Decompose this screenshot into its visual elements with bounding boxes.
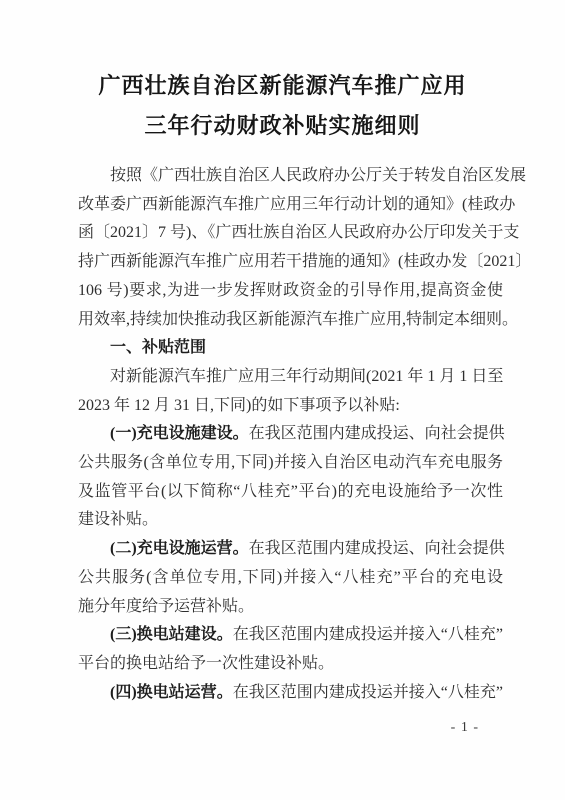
text-line: 公共服务(含单位专用,下同)并接入“八桂充”平台的充电设 [78, 564, 503, 593]
text-line: (三)换电站建设。在我区范围内建成投运并接入“八桂充” [78, 621, 503, 650]
item-text: 在我区范围内建成投运并接入“八桂充” [233, 684, 503, 701]
item-text: 在我区范围内建成投运、向社会提供 [249, 425, 505, 442]
item-lead: (一)充电设施建设。 [110, 425, 249, 442]
item-charging-operation: (二)充电设施运营。在我区范围内建成投运、向社会提供 公共服务(含单位专用,下同… [78, 535, 503, 621]
item-lead: (二)充电设施运营。 [110, 540, 249, 557]
text-line: 2023 年 12 月 31 日,下同)的如下事项予以补贴: [78, 392, 503, 421]
page-number: - 1 - [451, 720, 479, 736]
item-lead: (四)换电站运营。 [110, 684, 233, 701]
item-text: 在我区范围内建成投运并接入“八桂充” [233, 626, 503, 643]
paragraph-scope: 对新能源汽车推广应用三年行动期间(2021 年 1 月 1 日至 2023 年 … [78, 363, 503, 420]
text-line: 施分年度给予运营补贴。 [78, 593, 503, 622]
text-line: 按照《广西壮族自治区人民政府办公厅关于转发自治区发展 [78, 162, 503, 191]
document-title-line-2: 三年行动财政补贴实施细则 [0, 106, 565, 146]
document-page: 广西壮族自治区新能源汽车推广应用 三年行动财政补贴实施细则 按照《广西壮族自治区… [0, 0, 565, 800]
text-line: (二)充电设施运营。在我区范围内建成投运、向社会提供 [78, 535, 503, 564]
item-swap-station-operation: (四)换电站运营。在我区范围内建成投运并接入“八桂充” [78, 679, 503, 708]
text-line: 建设补贴。 [78, 506, 503, 535]
text-line: 平台的换电站给予一次性建设补贴。 [78, 650, 503, 679]
text-line: 及监管平台(以下简称“八桂充”平台)的充电设施给予一次性 [78, 478, 503, 507]
text-line: 对新能源汽车推广应用三年行动期间(2021 年 1 月 1 日至 [78, 363, 503, 392]
text-line: (一)充电设施建设。在我区范围内建成投运、向社会提供 [78, 420, 503, 449]
section-heading-subsidy-scope: 一、补贴范围 [78, 334, 503, 363]
document-title: 广西壮族自治区新能源汽车推广应用 三年行动财政补贴实施细则 [0, 0, 565, 146]
item-text: 在我区范围内建成投运、向社会提供 [249, 540, 505, 557]
text-line: 公共服务(含单位专用,下同)并接入自治区电动汽车充电服务 [78, 449, 503, 478]
item-lead: (三)换电站建设。 [110, 626, 233, 643]
document-body: 按照《广西壮族自治区人民政府办公厅关于转发自治区发展 改革委广西新能源汽车推广应… [78, 162, 503, 707]
text-line: 改革委广西新能源汽车推广应用三年行动计划的通知》(桂政办 [78, 191, 503, 220]
text-line: 106 号)要求,为进一步发挥财政资金的引导作用,提高资金使 [78, 277, 503, 306]
item-swap-station-construction: (三)换电站建设。在我区范围内建成投运并接入“八桂充” 平台的换电站给予一次性建… [78, 621, 503, 678]
paragraph-intro: 按照《广西壮族自治区人民政府办公厅关于转发自治区发展 改革委广西新能源汽车推广应… [78, 162, 503, 334]
text-line: 持广西新能源汽车推广应用若干措施的通知》(桂政办发〔2021〕 [78, 248, 503, 277]
item-charging-construction: (一)充电设施建设。在我区范围内建成投运、向社会提供 公共服务(含单位专用,下同… [78, 420, 503, 535]
text-line: 用效率,持续加快推动我区新能源汽车推广应用,特制定本细则。 [78, 306, 503, 335]
document-title-line-1: 广西壮族自治区新能源汽车推广应用 [0, 66, 565, 106]
text-line: (四)换电站运营。在我区范围内建成投运并接入“八桂充” [78, 679, 503, 708]
text-line: 函〔2021〕7 号)、《广西壮族自治区人民政府办公厅印发关于支 [78, 219, 503, 248]
